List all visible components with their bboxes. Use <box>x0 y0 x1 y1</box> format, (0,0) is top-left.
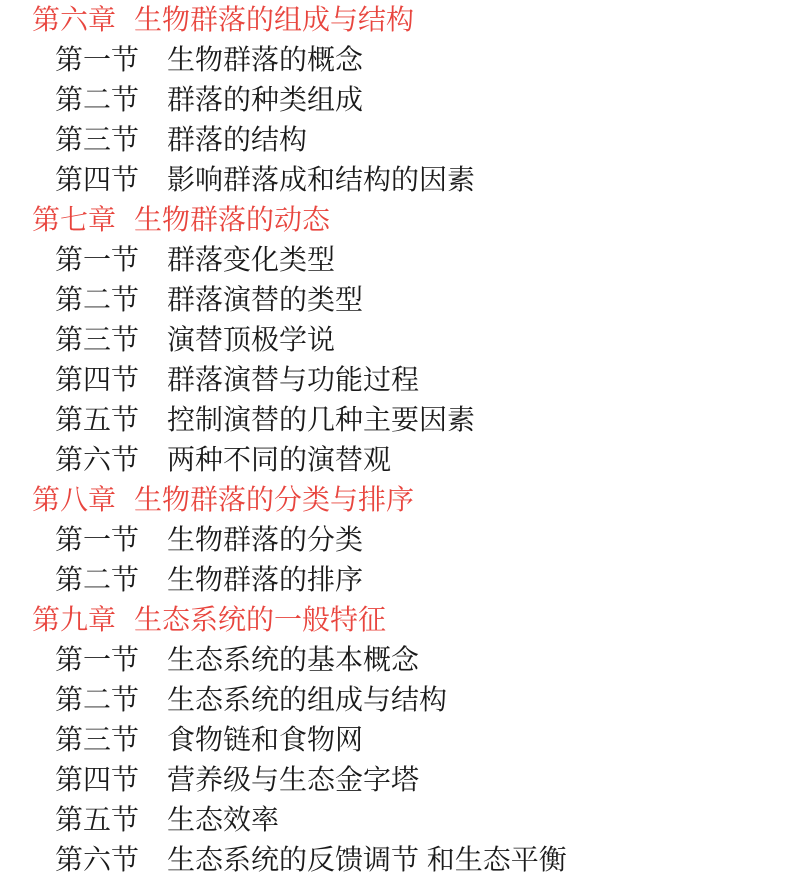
section-item: 第五节控制演替的几种主要因素 <box>0 400 790 440</box>
section-item: 第一节生物群落的分类 <box>0 520 790 560</box>
section-number: 第三节 <box>55 320 139 360</box>
section-title: 两种不同的演替观 <box>167 440 391 480</box>
chapter-number: 第六章 <box>32 0 116 40</box>
section-item: 第四节群落演替与功能过程 <box>0 360 790 400</box>
section-number: 第五节 <box>55 400 139 440</box>
section-item: 第四节影响群落成和结构的因素 <box>0 160 790 200</box>
section-item: 第二节生物群落的排序 <box>0 560 790 600</box>
section-title: 营养级与生态金字塔 <box>167 760 419 800</box>
section-item: 第三节食物链和食物网 <box>0 720 790 760</box>
section-number: 第四节 <box>55 160 139 200</box>
section-number: 第一节 <box>55 520 139 560</box>
section-title: 生态系统的基本概念 <box>167 640 419 680</box>
section-number: 第一节 <box>55 240 139 280</box>
section-title: 生态系统的反馈调节 和生态平衡 <box>167 840 567 880</box>
section-number: 第三节 <box>55 120 139 160</box>
chapter-number: 第八章 <box>32 480 116 520</box>
chapter-title: 生物群落的动态 <box>134 200 330 240</box>
section-number: 第四节 <box>55 360 139 400</box>
section-number: 第六节 <box>55 840 139 880</box>
section-title: 群落变化类型 <box>167 240 335 280</box>
chapter-heading: 第七章生物群落的动态 <box>0 200 790 240</box>
section-title: 演替顶极学说 <box>167 320 335 360</box>
section-item: 第三节群落的结构 <box>0 120 790 160</box>
section-number: 第二节 <box>55 80 139 120</box>
section-number: 第五节 <box>55 800 139 840</box>
chapter-title: 生物群落的组成与结构 <box>134 0 414 40</box>
section-number: 第六节 <box>55 440 139 480</box>
section-item: 第一节生态系统的基本概念 <box>0 640 790 680</box>
chapter-number: 第七章 <box>32 200 116 240</box>
section-item: 第二节生态系统的组成与结构 <box>0 680 790 720</box>
section-number: 第二节 <box>55 560 139 600</box>
section-title: 群落演替与功能过程 <box>167 360 419 400</box>
section-title: 生物群落的排序 <box>167 560 363 600</box>
section-number: 第二节 <box>55 680 139 720</box>
section-title: 生物群落的概念 <box>167 40 363 80</box>
section-item: 第一节生物群落的概念 <box>0 40 790 80</box>
section-item: 第一节群落变化类型 <box>0 240 790 280</box>
chapter-number: 第九章 <box>32 600 116 640</box>
section-number: 第一节 <box>55 40 139 80</box>
section-item: 第二节群落演替的类型 <box>0 280 790 320</box>
section-item: 第三节演替顶极学说 <box>0 320 790 360</box>
section-number: 第三节 <box>55 720 139 760</box>
chapter-heading: 第八章生物群落的分类与排序 <box>0 480 790 520</box>
section-title: 群落的结构 <box>167 120 307 160</box>
section-title: 食物链和食物网 <box>167 720 363 760</box>
section-number: 第四节 <box>55 760 139 800</box>
chapter-title: 生态系统的一般特征 <box>134 600 386 640</box>
section-item: 第六节生态系统的反馈调节 和生态平衡 <box>0 840 790 880</box>
section-title: 生态系统的组成与结构 <box>167 680 447 720</box>
chapter-title: 生物群落的分类与排序 <box>134 480 414 520</box>
section-title: 生态效率 <box>167 800 279 840</box>
toc-page: 第六章生物群落的组成与结构第一节生物群落的概念第二节群落的种类组成第三节群落的结… <box>0 0 790 880</box>
section-title: 生物群落的分类 <box>167 520 363 560</box>
section-title: 群落的种类组成 <box>167 80 363 120</box>
section-title: 影响群落成和结构的因素 <box>167 160 475 200</box>
section-item: 第五节生态效率 <box>0 800 790 840</box>
section-item: 第二节群落的种类组成 <box>0 80 790 120</box>
section-item: 第四节营养级与生态金字塔 <box>0 760 790 800</box>
chapter-heading: 第六章生物群落的组成与结构 <box>0 0 790 40</box>
chapter-heading: 第九章生态系统的一般特征 <box>0 600 790 640</box>
section-title: 控制演替的几种主要因素 <box>167 400 475 440</box>
section-number: 第二节 <box>55 280 139 320</box>
section-title: 群落演替的类型 <box>167 280 363 320</box>
section-item: 第六节两种不同的演替观 <box>0 440 790 480</box>
section-number: 第一节 <box>55 640 139 680</box>
